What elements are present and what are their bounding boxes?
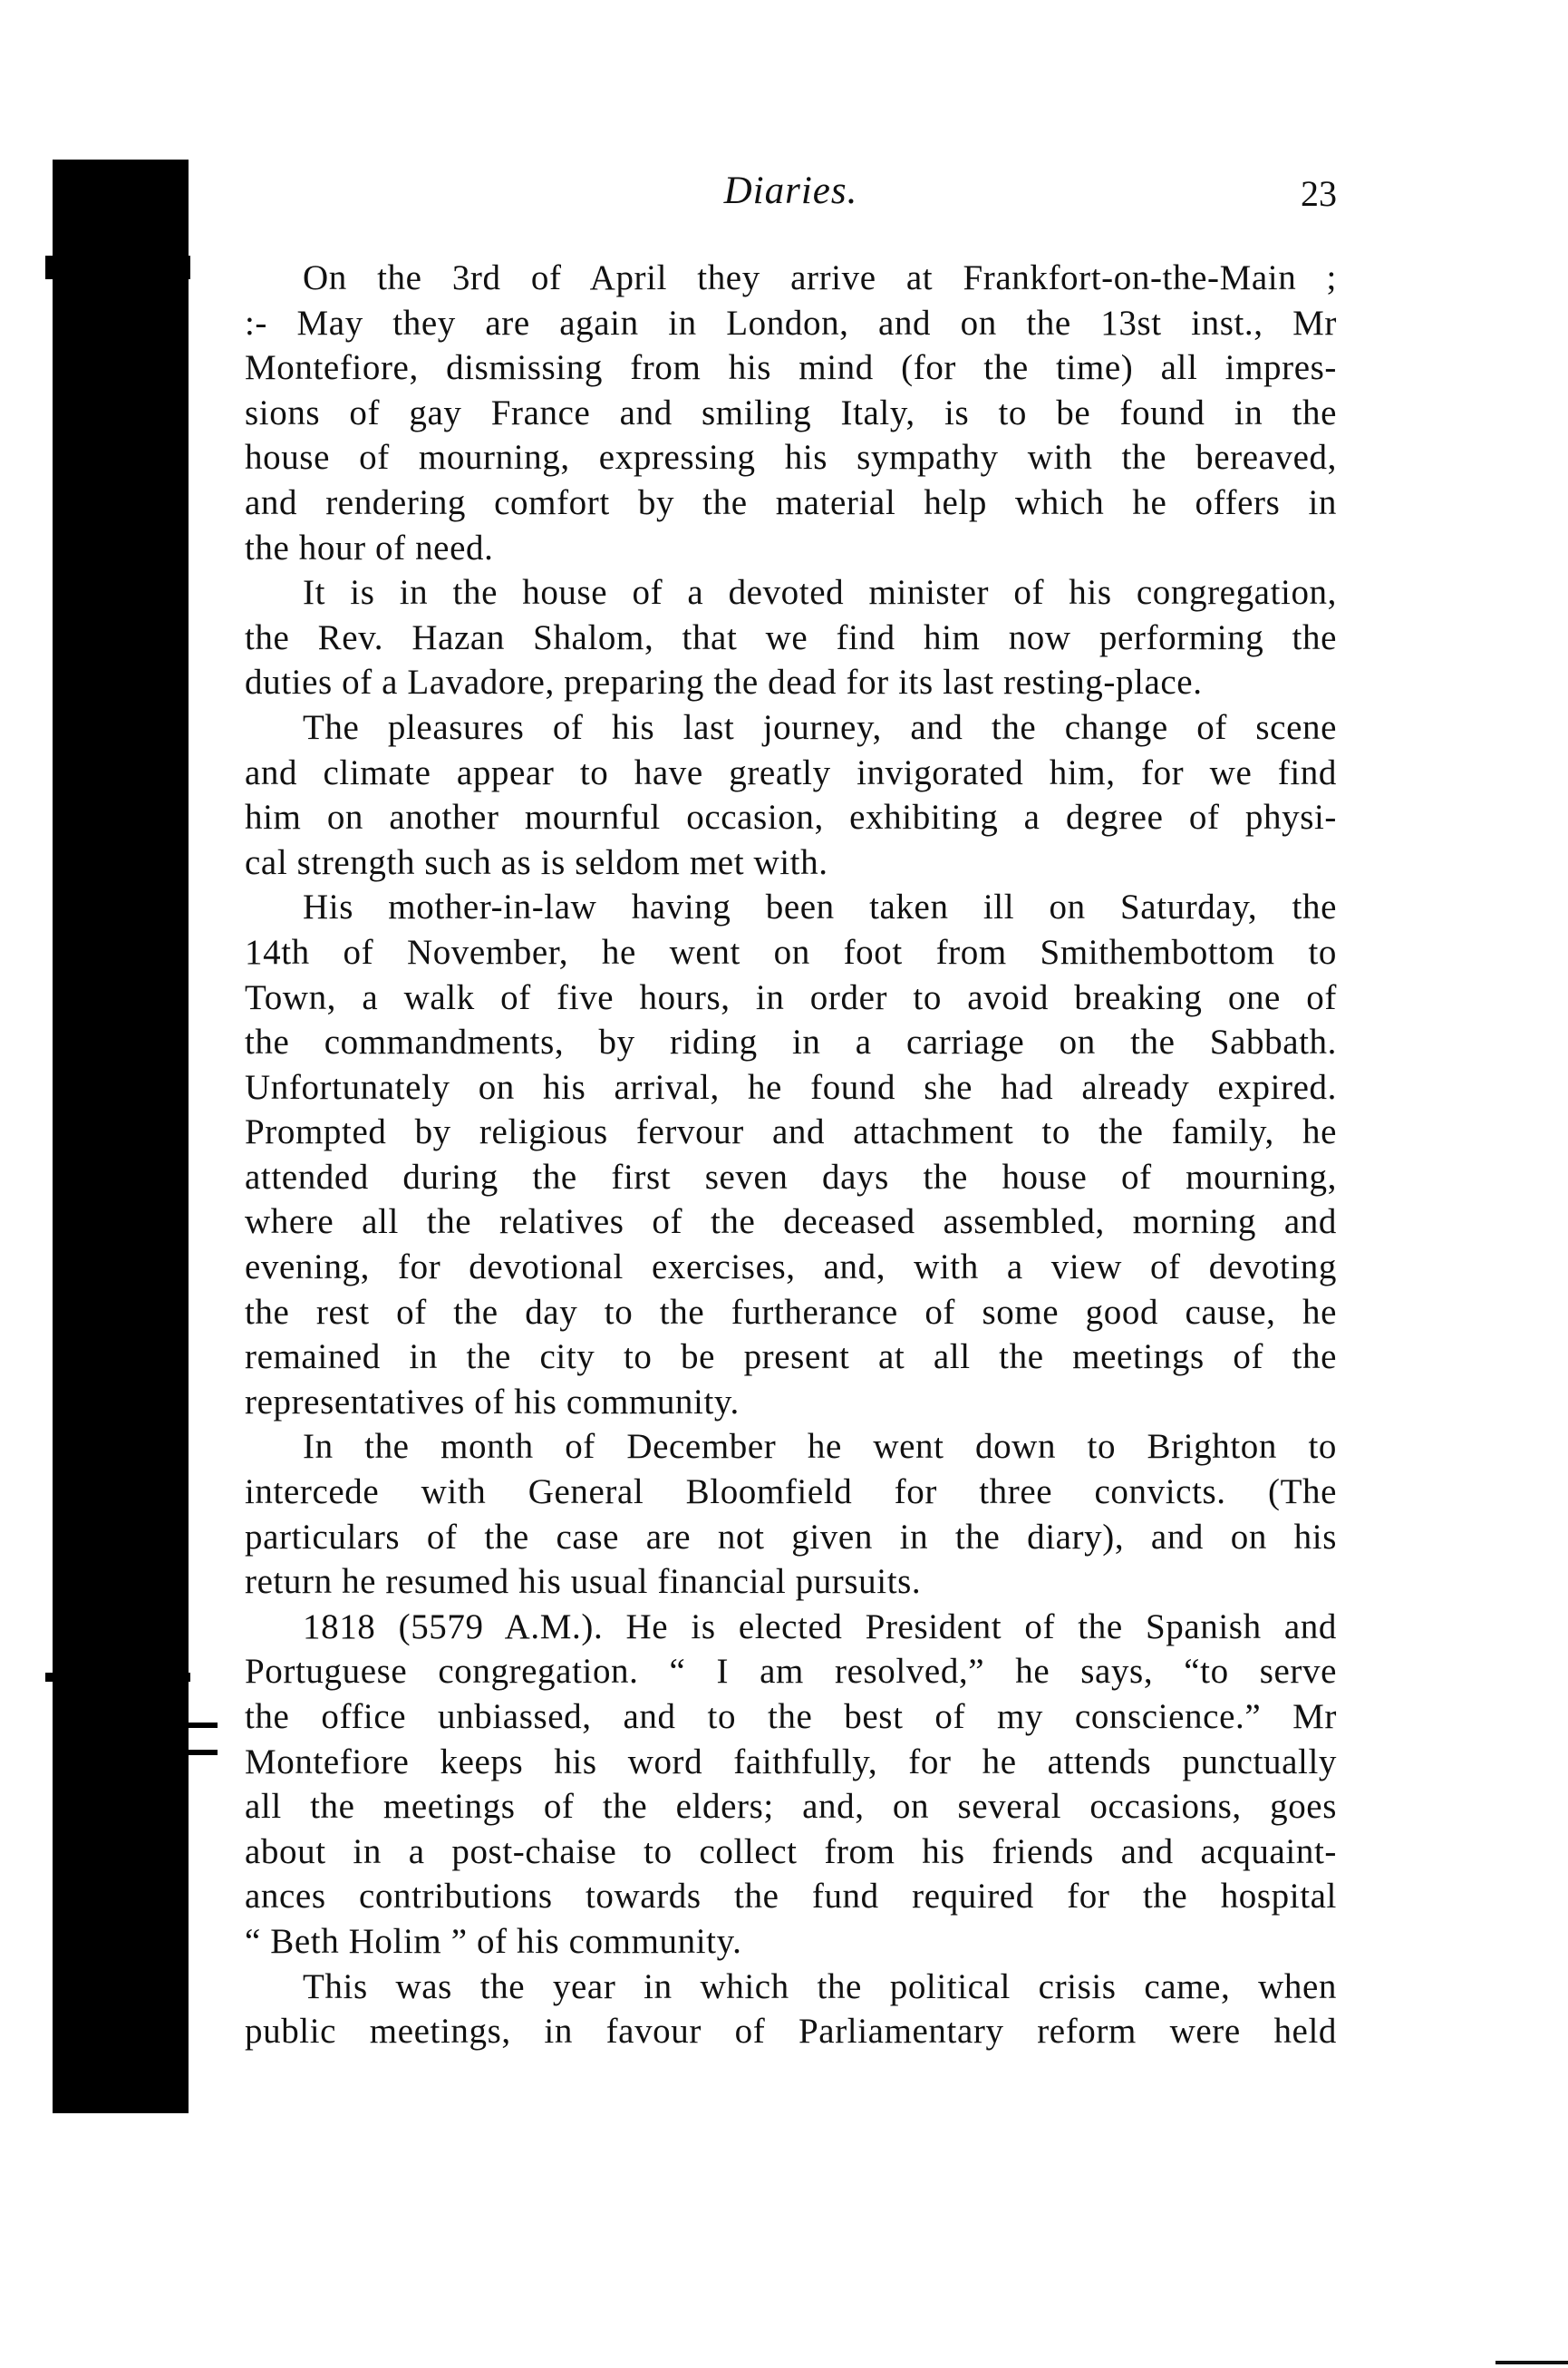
scan-shadow-bar [53,160,189,2113]
text-line: about in a post-chaise to collect from h… [245,1829,1337,1875]
text-line: intercede with General Bloomfield for th… [245,1470,1337,1515]
paragraph: 1818 (5579 A.M.). He is elected Presiden… [245,1605,1337,1965]
paragraph: In the month of December he went down to… [245,1424,1337,1604]
text-line: Prompted by religious fervour and attach… [245,1110,1337,1155]
text-line: 1818 (5579 A.M.). He is elected Presiden… [245,1605,1337,1650]
text-line: It is in the house of a devoted minister… [245,570,1337,616]
paragraph: His mother-in-law having been taken ill … [245,885,1337,1424]
text-line: where all the relatives of the deceased … [245,1199,1337,1245]
text-line: cal strength such as is seldom met with. [245,840,1337,886]
text-line: Town, a walk of five hours, in order to … [245,975,1337,1021]
page-header: Diaries. 23 [245,169,1337,223]
text-line: The pleasures of his last journey, and t… [245,705,1337,751]
body-text: On the 3rd of April they arrive at Frank… [245,256,1337,2054]
text-line: all the meetings of the elders; and, on … [245,1784,1337,1829]
text-line: Montefiore keeps his word faithfully, fo… [245,1740,1337,1785]
text-line: particulars of the case are not given in… [245,1515,1337,1560]
text-line: This was the year in which the political… [245,1965,1337,2010]
text-line: him on another mournful occasion, exhibi… [245,795,1337,840]
text-line: In the month of December he went down to… [245,1424,1337,1470]
scan-shadow-notch [45,256,190,279]
text-line: the rest of the day to the furtherance o… [245,1290,1337,1335]
text-line: remained in the city to be present at al… [245,1334,1337,1380]
text-line: evening, for devotional exercises, and, … [245,1245,1337,1290]
text-line: representatives of his community. [245,1380,1337,1425]
text-line: public meetings, in favour of Parliament… [245,2009,1337,2054]
text-line: Unfortunately on his arrival, he found s… [245,1065,1337,1111]
text-line: the office unbiassed, and to the best of… [245,1694,1337,1740]
text-line: “ Beth Holim ” of his community. [245,1919,1337,1965]
text-line: house of mourning, expressing his sympat… [245,435,1337,480]
text-line: the hour of need. [245,526,1337,571]
page-edge-mark [1495,2361,1568,2364]
text-line: and climate appear to have greatly invig… [245,751,1337,796]
text-line: attended during the first seven days the… [245,1155,1337,1200]
page-number: 23 [1301,172,1337,215]
text-line: sions of gay France and smiling Italy, i… [245,391,1337,436]
paragraph: On the 3rd of April they arrive at Frank… [245,256,1337,570]
text-line: 14th of November, he went on foot from S… [245,930,1337,975]
text-line: ances contributions towards the fund req… [245,1874,1337,1919]
text-line: return he resumed his usual financial pu… [245,1559,1337,1605]
paragraph: It is in the house of a devoted minister… [245,570,1337,705]
text-line: duties of a Lavadore, preparing the dead… [245,660,1337,705]
text-line: and rendering comfort by the material he… [245,480,1337,526]
paragraph: The pleasures of his last journey, and t… [245,705,1337,885]
paragraph: This was the year in which the political… [245,1965,1337,2054]
text-line: the Rev. Hazan Shalom, that we find him … [245,616,1337,661]
text-line: Portuguese congregation. “ I am resolved… [245,1649,1337,1694]
running-title: Diaries. [245,169,1337,213]
text-line: Montefiore, dismissing from his mind (fo… [245,345,1337,391]
text-line: His mother-in-law having been taken ill … [245,885,1337,930]
text-line: the commandments, by riding in a carriag… [245,1020,1337,1065]
scan-shadow-notch [181,1723,218,1728]
scan-shadow-notch [181,1750,218,1755]
text-line: On the 3rd of April they arrive at Frank… [245,256,1337,301]
scan-shadow-notch [45,1673,190,1682]
text-line: :- May they are again in London, and on … [245,301,1337,346]
